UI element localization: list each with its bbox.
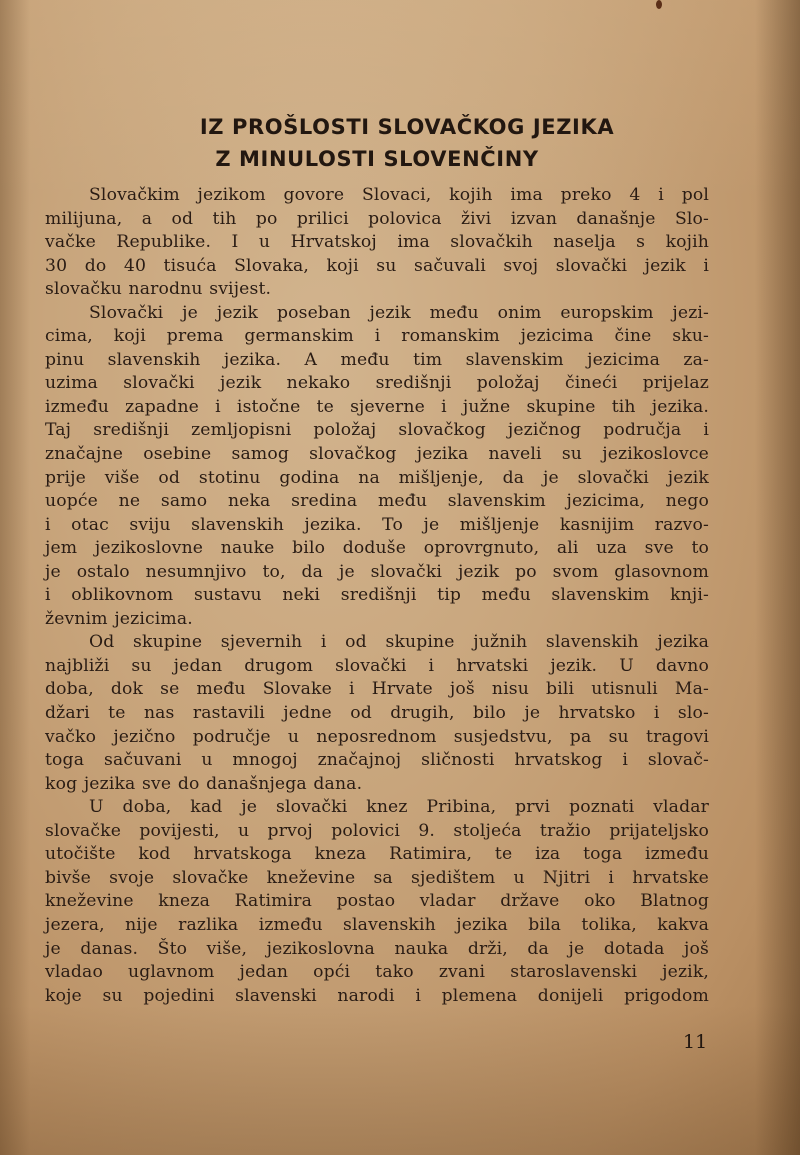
text-line: kneževine kneza Ratimira postao vladar d… [45, 890, 709, 914]
text-line: milijuna, a od tih po prilici polovica ž… [45, 208, 709, 232]
text-line: ževnim jezicima. [45, 608, 709, 632]
text-line: između zapadne i istočne te sjeverne i j… [45, 396, 709, 420]
text-line: vladao uglavnom jedan opći tako zvani st… [45, 961, 709, 985]
text-line: Slovački je jezik poseban jezik među oni… [45, 302, 709, 326]
text-line: prije više od stotinu godina na mišljenj… [45, 467, 709, 491]
text-line: koje su pojedini slavenski narodi i plem… [45, 985, 709, 1009]
text-line: toga sačuvani u mnogoj značajnoj sličnos… [45, 749, 709, 773]
text-line: značajne osebine samog slovačkog jezika … [45, 443, 709, 467]
page-title-slovak: Z MINULOSTI SLOVENČINY [0, 147, 777, 171]
text-line: jezera, nije razlika između slavenskih j… [45, 914, 709, 938]
text-line: jem jezikoslovne nauke bilo doduše oprov… [45, 537, 709, 561]
text-line: pinu slavenskih jezika. A među tim slave… [45, 349, 709, 373]
page-title-croatian: IZ PROŠLOSTI SLOVAČKOG JEZIKA [7, 115, 800, 139]
ink-stain [656, 0, 662, 9]
text-line: uzima slovački jezik nekako središnji po… [45, 372, 709, 396]
text-line: najbliži su jedan drugom slovački i hrva… [45, 655, 709, 679]
text-line: slovačke povijesti, u prvoj polovici 9. … [45, 820, 709, 844]
text-line: uopće ne samo neka sredina među slavensk… [45, 490, 709, 514]
text-line: i otac sviju slavenskih jezika. To je mi… [45, 514, 709, 538]
text-line: kog jezika sve do današnjega dana. [45, 773, 709, 797]
text-line: džari te nas rastavili jedne od drugih, … [45, 702, 709, 726]
text-line: vačko jezično područje u neposrednom sus… [45, 726, 709, 750]
text-line: U doba, kad je slovački knez Pribina, pr… [45, 796, 709, 820]
text-line: i oblikovnom sustavu neki središnji tip … [45, 584, 709, 608]
text-line: cima, koji prema germanskim i romanskim … [45, 325, 709, 349]
page-number: 11 [683, 1031, 707, 1053]
text-line: slovačku narodnu svijest. [45, 278, 709, 302]
text-line: vačke Republike. I u Hrvatskoj ima slova… [45, 231, 709, 255]
text-line: Taj središnji zemljopisni položaj slovač… [45, 419, 709, 443]
text-line: je ostalo nesumnjivo to, da je slovački … [45, 561, 709, 585]
text-line: bivše svoje slovačke kneževine sa sjediš… [45, 867, 709, 891]
text-line: Slovačkim jezikom govore Slovaci, kojih … [45, 184, 709, 208]
text-line: je danas. Što više, jezikoslovna nauka d… [45, 938, 709, 962]
article-body: Slovačkim jezikom govore Slovaci, kojih … [45, 184, 709, 1008]
text-line: Od skupine sjevernih i od skupine južnih… [45, 631, 709, 655]
text-line: doba, dok se među Slovake i Hrvate još n… [45, 678, 709, 702]
text-line: 30 do 40 tisuća Slovaka, koji su sačuval… [45, 255, 709, 279]
text-line: utočište kod hrvatskoga kneza Ratimira, … [45, 843, 709, 867]
